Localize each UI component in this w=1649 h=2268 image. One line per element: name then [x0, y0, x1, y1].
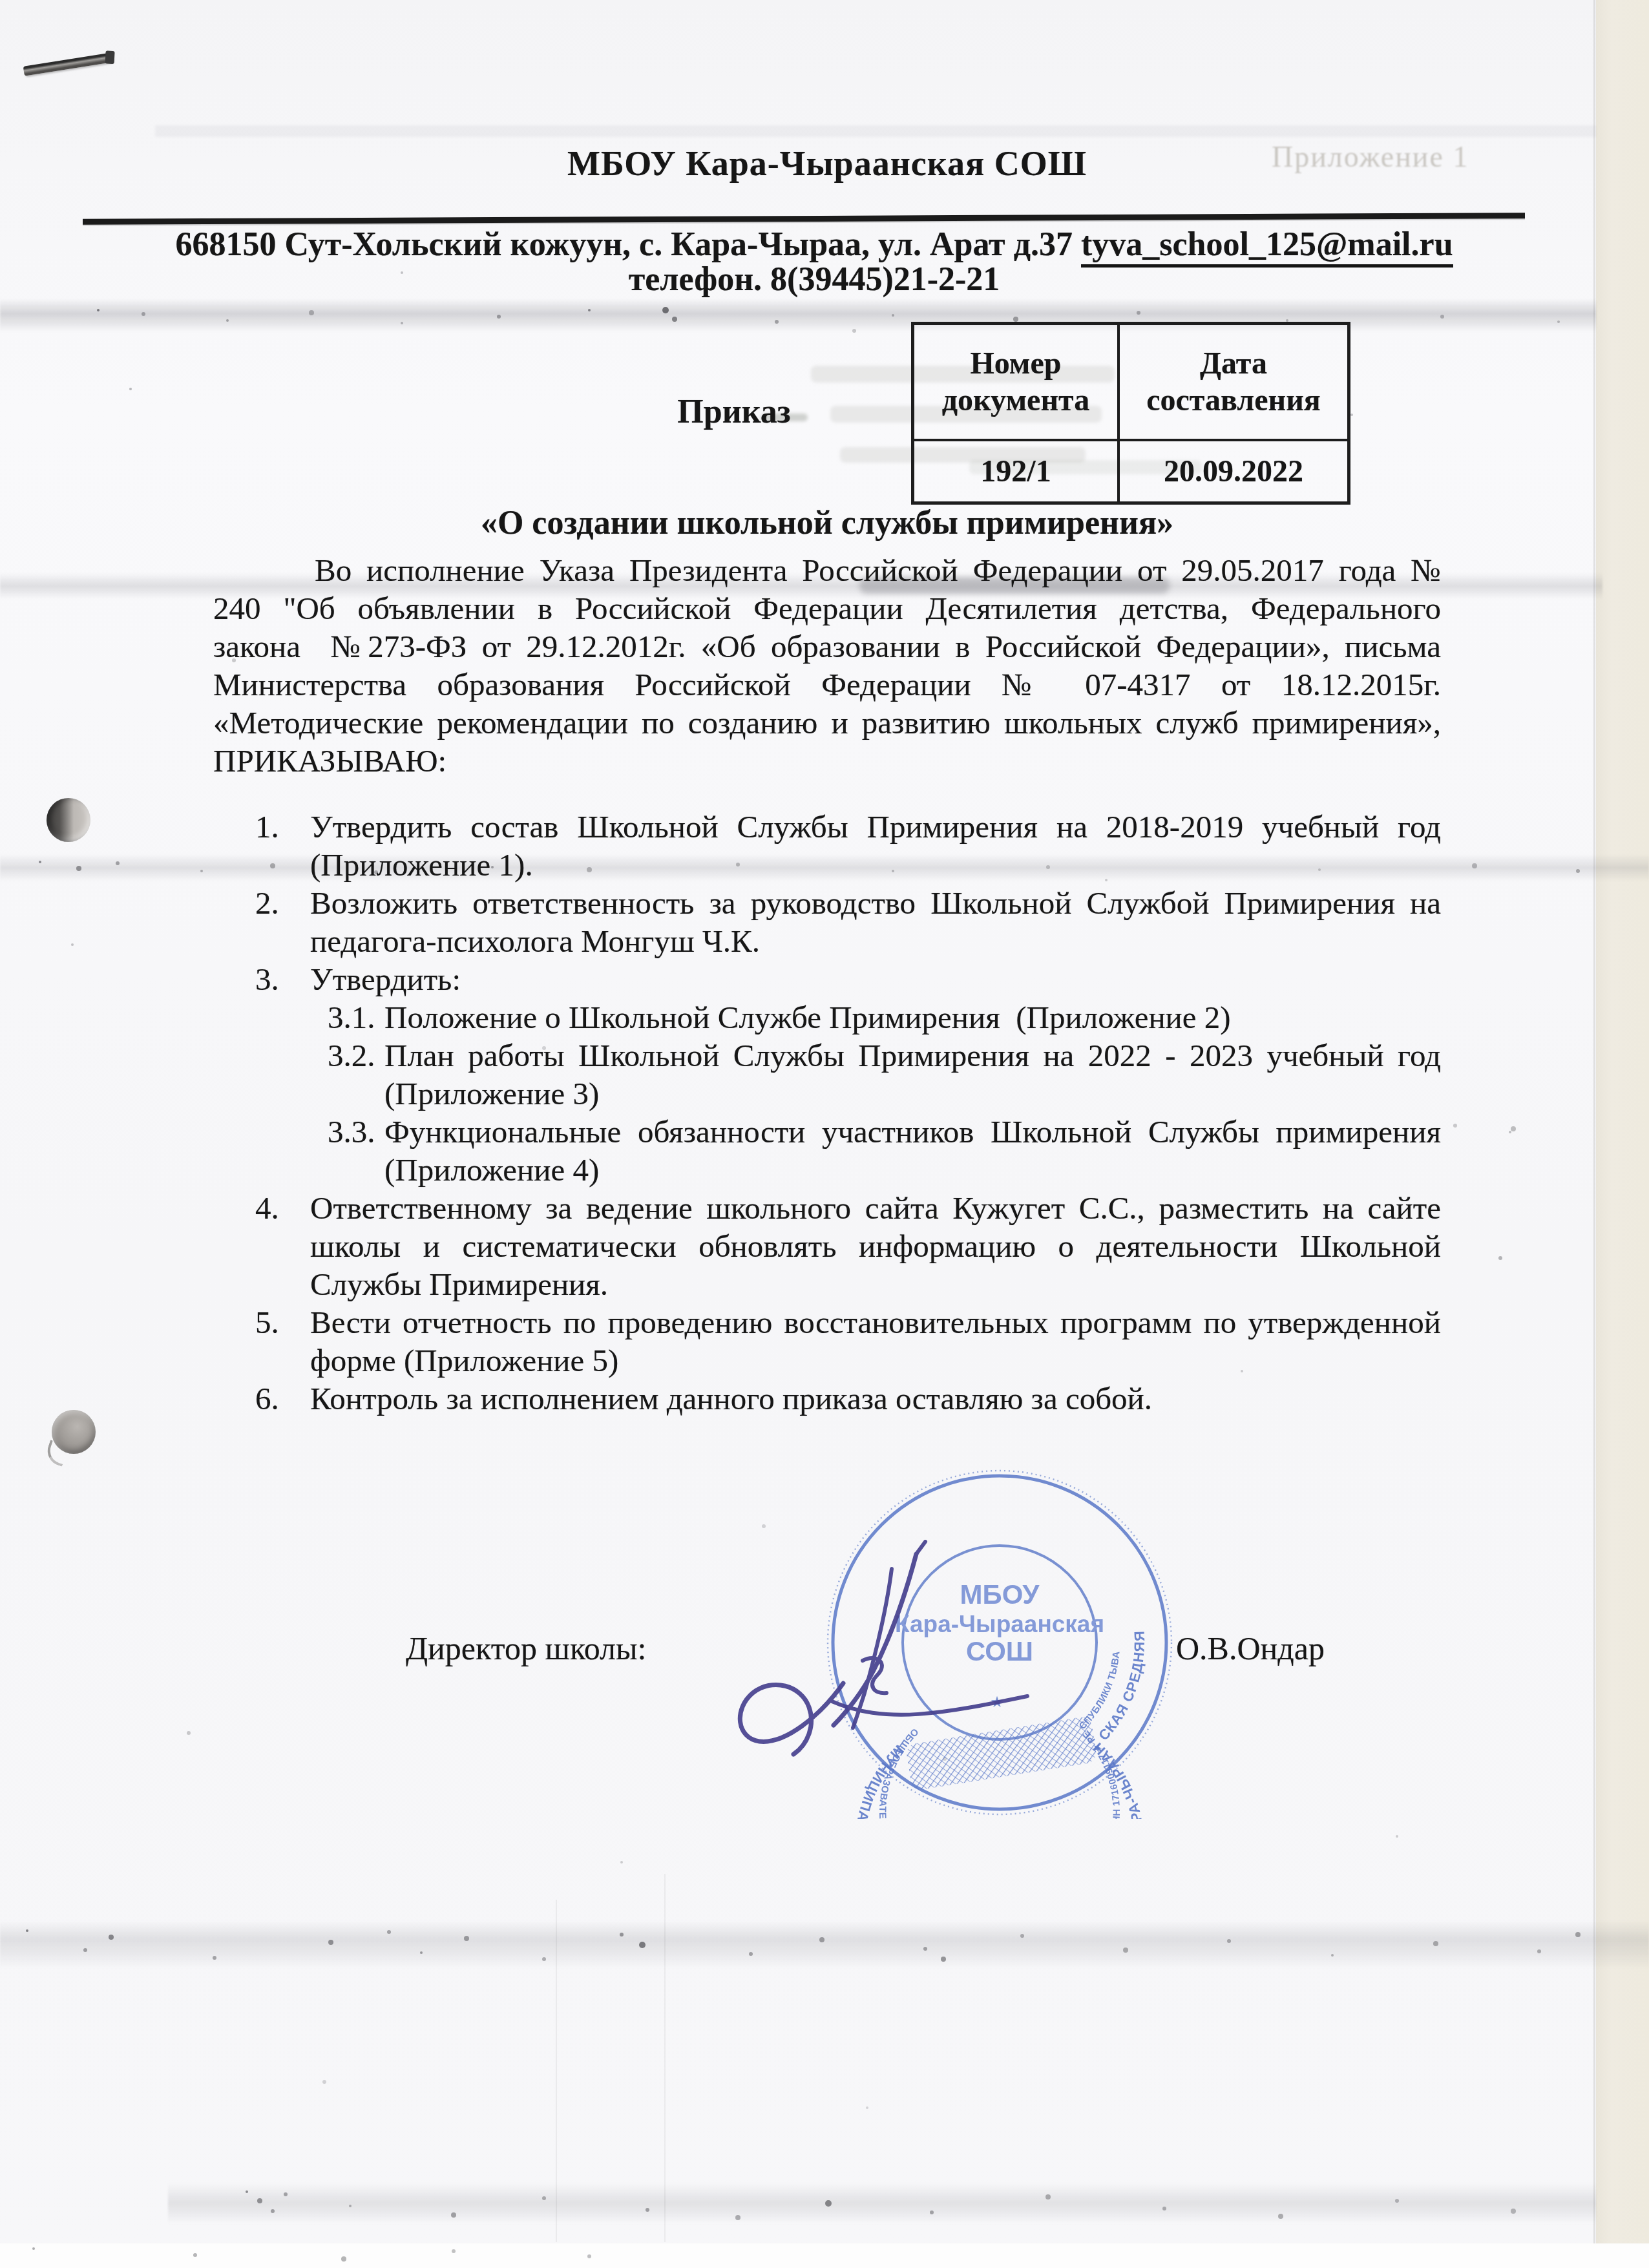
item-marker: 5.	[255, 1303, 279, 1341]
preamble-line: Министерства образования Российской Феде…	[213, 666, 1441, 704]
item-line: форме (Приложение 5)	[310, 1341, 1441, 1380]
signer-name: О.В.Ондар	[1176, 1630, 1325, 1667]
item-line: педагога-психолога Монгуш Ч.К.	[310, 922, 1441, 960]
item-line: Контроль за исполнением данного приказа …	[310, 1380, 1441, 1418]
staple-mark	[23, 52, 113, 76]
item-marker: 4.	[255, 1189, 279, 1227]
order-item: 3.2.План работы Школьной Службы Примирен…	[384, 1036, 1441, 1113]
item-line: Положение о Школьной Службе Примирения (…	[384, 998, 1441, 1036]
item-marker: 3.	[255, 960, 279, 998]
scan-noise-band	[0, 1920, 1649, 1968]
item-line: План работы Школьной Службы Примирения н…	[384, 1036, 1441, 1075]
director-signature-icon	[698, 1531, 1060, 1758]
order-item: 6.Контроль за исполнением данного приказ…	[310, 1380, 1441, 1418]
scan-specks	[97, 309, 100, 311]
scan-dust	[129, 388, 132, 390]
order-item: 3.Утвердить:	[310, 960, 1441, 998]
table-header-number: Номер документа	[914, 325, 1120, 439]
item-line: Службы Примирения.	[310, 1265, 1441, 1303]
scan-specks	[26, 1929, 28, 1932]
scan-specks	[246, 2190, 248, 2193]
order-title: «О создании школьной службы примирения»	[213, 504, 1441, 542]
item-line: Утвердить:	[310, 960, 1441, 998]
item-line: Ответственному за ведение школьного сайт…	[310, 1189, 1441, 1227]
preamble-line: ПРИКАЗЫВАЮ:	[213, 742, 1441, 780]
order-list: 1.Утвердить состав Школьной Службы Прими…	[213, 808, 1441, 1418]
preamble-line: Во исполнение Указа Президента Российско…	[213, 551, 1441, 589]
order-item: 3.1.Положение о Школьной Службе Примирен…	[384, 998, 1441, 1036]
item-line: Возложить ответственность за руководство…	[310, 884, 1441, 922]
preamble-line: «Методические рекомендации по созданию и…	[213, 704, 1441, 742]
hole-punch	[52, 1410, 96, 1454]
item-line: Вести отчетность по проведению восстанов…	[310, 1303, 1441, 1341]
header-rule	[83, 213, 1525, 225]
order-meta-table: Номер документа Дата составления 192/1 2…	[911, 322, 1350, 505]
table-value-date: 20.09.2022	[1120, 441, 1347, 501]
item-line: (Приложение 3)	[384, 1075, 1441, 1113]
address-line: 668150 Сут-Хольский кожуун, с. Кара-Чыра…	[97, 226, 1531, 264]
table-value-number: 192/1	[914, 441, 1120, 501]
order-item: 5.Вести отчетность по проведению восстан…	[310, 1303, 1441, 1380]
order-item: 4.Ответственному за ведение школьного са…	[310, 1189, 1441, 1303]
item-marker: 1.	[255, 808, 279, 846]
scan-noise-band	[0, 299, 1596, 332]
order-preamble: Во исполнение Указа Президента Российско…	[213, 551, 1441, 780]
phone-line: телефон. 8(39445)21-2-21	[97, 260, 1531, 299]
item-marker: 2.	[255, 884, 279, 922]
item-line: школы и систематически обновлять информа…	[310, 1227, 1441, 1265]
item-line: Утвердить состав Школьной Службы Примире…	[310, 808, 1441, 846]
scanner-bottom-edge	[0, 2243, 1649, 2268]
item-marker: 3.3.	[328, 1113, 375, 1151]
item-line: (Приложение 4)	[384, 1151, 1441, 1189]
school-name: МБОУ Кара-Чыраанская СОШ	[213, 143, 1441, 184]
preamble-line: закона №273-ФЗ от 29.12.2012г. «Об образ…	[213, 627, 1441, 666]
item-line: (Приложение 1).	[310, 846, 1441, 884]
scan-specks	[39, 861, 41, 863]
paper-edge-line	[1593, 0, 1595, 2243]
address-text: 668150 Сут-Хольский кожуун, с. Кара-Чыра…	[175, 226, 1081, 263]
order-item: 3.3.Функциональные обязанности участнико…	[384, 1113, 1441, 1189]
order-item: 1.Утвердить состав Школьной Службы Прими…	[310, 808, 1441, 884]
paper-edge-background	[1596, 0, 1649, 2243]
scan-noise-band	[168, 2183, 1596, 2224]
scan-vertical-line	[664, 1874, 666, 2242]
scan-noise-band	[155, 125, 1596, 137]
table-header-date: Дата составления	[1120, 325, 1347, 439]
item-line: Функциональные обязанности участников Шк…	[384, 1113, 1441, 1151]
order-item: 2.Возложить ответственность за руководст…	[310, 884, 1441, 960]
item-marker: 3.1.	[328, 998, 375, 1036]
signer-role-label: Директор школы:	[406, 1630, 646, 1667]
item-marker: 3.2.	[328, 1036, 375, 1075]
preamble-line: 240 "Об объявлении в Российской Федераци…	[213, 589, 1441, 627]
scanned-order-document: МБОУ Кара-Чыраанская СОШ 668150 Сут-Холь…	[0, 0, 1649, 2268]
item-marker: 6.	[255, 1380, 279, 1418]
hole-punch	[47, 798, 90, 842]
scan-specks	[32, 2247, 35, 2250]
order-label: Приказ	[611, 393, 857, 431]
scan-vertical-line	[556, 1900, 557, 2242]
